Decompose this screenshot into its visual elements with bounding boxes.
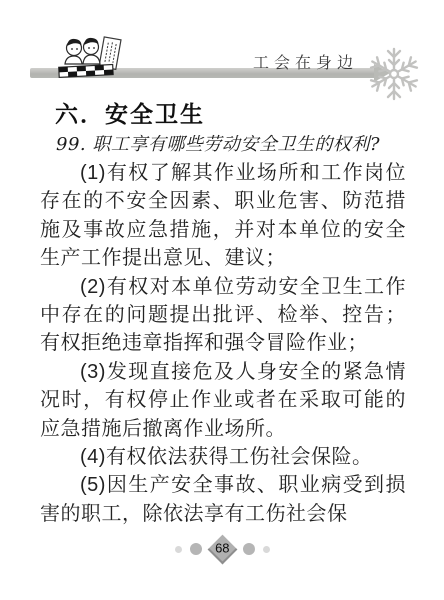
- readers-illustration-icon: [55, 34, 129, 82]
- page-footer: 68: [0, 534, 444, 564]
- answer-paragraph-4: (4)有权依法获得工伤社会保险。: [40, 443, 406, 471]
- book-title: 工会在身边: [0, 50, 358, 73]
- answer-paragraph-3: (3)发现直接危及人身安全的紧急情况时，有权停止作业或者在采取可能的应急措施后撤…: [40, 358, 406, 443]
- footer-dot-icon: [190, 543, 202, 555]
- footer-dot-icon: [243, 543, 255, 555]
- answer-paragraph-2: (2)有权对本单位劳动安全卫生工作中存在的问题提出批评、检举、控告；有权拒绝违章…: [40, 273, 406, 358]
- book-page: 工会在身边: [0, 0, 444, 600]
- footer-dot-icon: [175, 546, 182, 553]
- answer-paragraph-5: (5)因生产安全事故、职业病受到损害的职工，除依法享有工伤社会保: [40, 471, 406, 528]
- page-number: 68: [215, 540, 229, 555]
- answer-body: (1)有权了解其作业场所和工作岗位存在的不安全因素、职业危害、防范措施及事故应急…: [40, 159, 406, 528]
- page-number-diamond: 68: [207, 534, 237, 564]
- footer-dot-icon: [263, 546, 270, 553]
- snowflake-icon: [364, 44, 424, 104]
- section-title: 六．安全卫生: [55, 96, 205, 129]
- question-heading: 99. 职工享有哪些劳动安全卫生的权利?: [56, 130, 380, 156]
- answer-paragraph-1: (1)有权了解其作业场所和工作岗位存在的不安全因素、职业危害、防范措施及事故应急…: [40, 159, 406, 273]
